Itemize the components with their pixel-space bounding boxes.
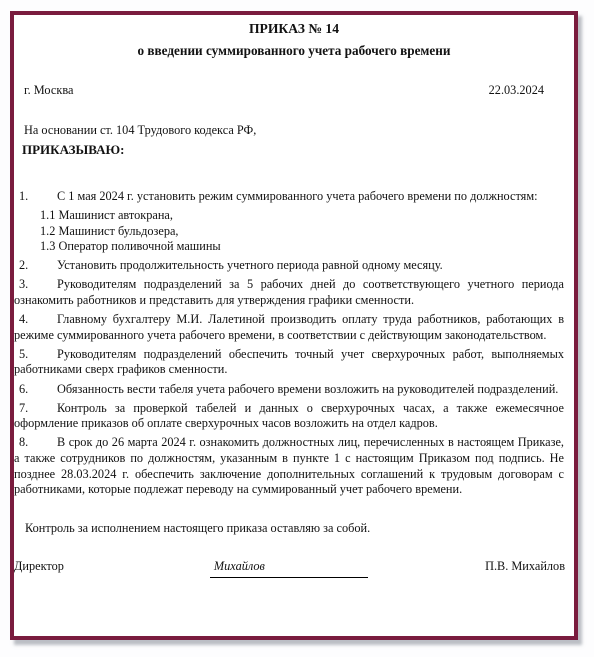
control-line: Контроль за исполнением настоящего прика… [25,520,564,536]
document-subtitle: о введении суммированного учета рабочего… [14,42,574,59]
item-number: 8. [19,435,57,451]
item-number: 4. [19,312,57,328]
order-items: 1.С 1 мая 2024 г. установить режим сумми… [14,189,574,498]
subitem: 1.3 Оператор поливочной машины [40,239,564,255]
order-item-2: 2.Установить продолжительность учетного … [14,258,564,274]
order-item-1-subitems: 1.1 Машинист автокрана, 1.2 Машинист бул… [40,208,564,255]
order-word: ПРИКАЗЫВАЮ: [22,142,574,158]
order-document: ПРИКАЗ № 14 о введении суммированного уч… [10,11,578,640]
item-text: С 1 мая 2024 г. установить режим суммиро… [57,189,538,203]
item-text: Главному бухгалтеру М.И. Лалетиной произ… [14,312,564,342]
order-item-6: 6.Обязанность вести табеля учета рабочег… [14,382,564,398]
document-title: ПРИКАЗ № 14 [14,20,574,37]
signature-position: Директор [14,558,64,574]
order-item-8: 8.В срок до 26 марта 2024 г. ознакомить … [14,435,564,497]
item-text: Контроль за проверкой табелей и данных о… [14,401,564,431]
item-text: Установить продолжительность учетного пе… [57,258,443,272]
subitem: 1.1 Машинист автокрана, [40,208,564,224]
item-number: 2. [19,258,57,274]
item-number: 1. [19,189,57,205]
item-number: 7. [19,401,57,417]
order-item-3: 3.Руководителям подразделений за 5 рабоч… [14,277,564,308]
item-number: 6. [19,382,57,398]
item-number: 5. [19,347,57,363]
item-text: Руководителям подразделений за 5 рабочих… [14,277,564,307]
signature-handwritten: Михайлов [210,558,368,578]
signature-name: П.В. Михайлов [485,558,565,574]
item-text: Руководителям подразделений обеспечить т… [14,347,564,377]
city-label: г. Москва [24,82,73,98]
order-item-1: 1.С 1 мая 2024 г. установить режим сумми… [14,189,564,205]
subitem: 1.2 Машинист бульдозера, [40,224,564,240]
item-text: Обязанность вести табеля учета рабочего … [57,382,558,396]
item-text: В срок до 26 марта 2024 г. ознакомить до… [14,435,564,496]
meta-row: г. Москва 22.03.2024 [24,82,544,98]
signature-row: Директор Михайлов П.В. Михайлов [14,558,565,578]
order-item-4: 4.Главному бухгалтеру М.И. Лалетиной про… [14,312,564,343]
order-item-5: 5.Руководителям подразделений обеспечить… [14,347,564,378]
date-label: 22.03.2024 [489,82,544,98]
basis-line: На основании ст. 104 Трудового кодекса Р… [24,122,574,138]
order-item-7: 7.Контроль за проверкой табелей и данных… [14,401,564,432]
item-number: 3. [19,277,57,293]
